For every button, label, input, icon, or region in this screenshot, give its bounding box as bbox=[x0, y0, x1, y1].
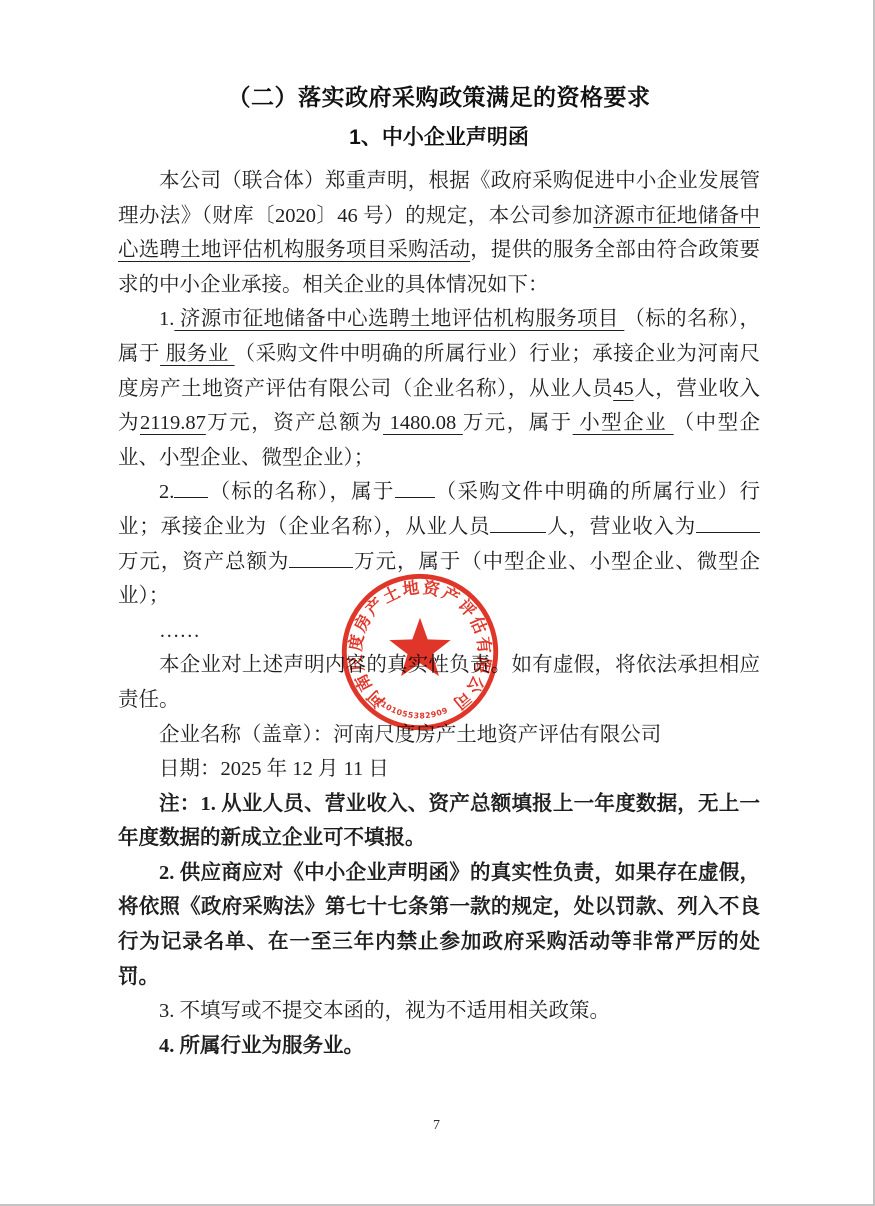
blank-underline bbox=[696, 511, 760, 533]
underlined-text: 2119.87 bbox=[140, 412, 206, 434]
company-seal-stamp: 河南尺度房产土地资产评估有限公司 4101055382909 bbox=[334, 566, 506, 738]
para-note-3: 3. 不填写或不提交本函的，视为不适用相关政策。 bbox=[118, 994, 760, 1029]
underlined-text: 45 bbox=[613, 378, 634, 400]
blank-underline bbox=[289, 546, 353, 568]
para-note-4: 4. 所属行业为服务业。 bbox=[118, 1029, 760, 1064]
text-run: （标的名称），属于 bbox=[208, 481, 394, 503]
text-run: 2. 供应商应对《中小企业声明函》的真实性负责，如果存在虚假，将依照《政府采购法… bbox=[118, 862, 760, 988]
para-declaration: 本公司（联合体）郑重声明，根据《政府采购促进中小企业发展管理办法》（财库〔202… bbox=[118, 164, 760, 302]
page-number: 7 bbox=[0, 1118, 873, 1134]
page-title: （二）落实政府采购政策满足的资格要求 bbox=[118, 80, 760, 114]
text-run: 4. 所属行业为服务业。 bbox=[159, 1035, 364, 1057]
text-run: …… bbox=[159, 620, 200, 642]
document-page: （二）落实政府采购政策满足的资格要求 1、中小企业声明函 本公司（联合体）郑重声… bbox=[0, 0, 875, 1206]
para-note-1: 注：1. 从业人员、营业收入、资产总额填报上一年度数据，无上一年度数据的新成立企… bbox=[118, 787, 760, 856]
text-run: 万元，属于 bbox=[463, 412, 573, 434]
para-item-1: 1. 济源市征地储备中心选聘土地评估机构服务项目 （标的名称），属于 服务业 （… bbox=[118, 302, 760, 475]
blank-underline bbox=[490, 511, 546, 533]
seal-star-icon bbox=[389, 618, 450, 676]
seal-graphic: 河南尺度房产土地资产评估有限公司 4101055382909 bbox=[334, 566, 506, 738]
text-run: 日期：2025 年 12 月 11 日 bbox=[159, 758, 389, 780]
text-run: 3. 不填写或不提交本函的，视为不适用相关政策。 bbox=[159, 1000, 610, 1022]
underlined-text: 小型企业 bbox=[573, 412, 674, 434]
text-run: 万元，资产总额为 bbox=[206, 412, 383, 434]
blank-underline bbox=[395, 477, 435, 499]
underlined-text: 服务业 bbox=[160, 343, 234, 365]
para-note-2: 2. 供应商应对《中小企业声明函》的真实性负责，如果存在虚假，将依照《政府采购法… bbox=[118, 856, 760, 994]
text-run: 人，营业收入为 bbox=[546, 516, 696, 538]
para-date: 日期：2025 年 12 月 11 日 bbox=[118, 752, 760, 787]
text-run: 注：1. 从业人员、营业收入、资产总额填报上一年度数据，无上一年度数据的新成立企… bbox=[118, 793, 760, 850]
underlined-text: 济源市征地储备中心选聘土地评估机构服务项目 bbox=[174, 308, 624, 330]
text-run: 1. bbox=[159, 308, 174, 330]
section-subtitle: 1、中小企业声明函 bbox=[118, 122, 760, 154]
blank-underline bbox=[174, 477, 208, 499]
text-run: 万元，资产总额为 bbox=[118, 551, 289, 573]
underlined-text: 1480.08 bbox=[383, 412, 463, 434]
text-run: 2. bbox=[159, 481, 174, 503]
